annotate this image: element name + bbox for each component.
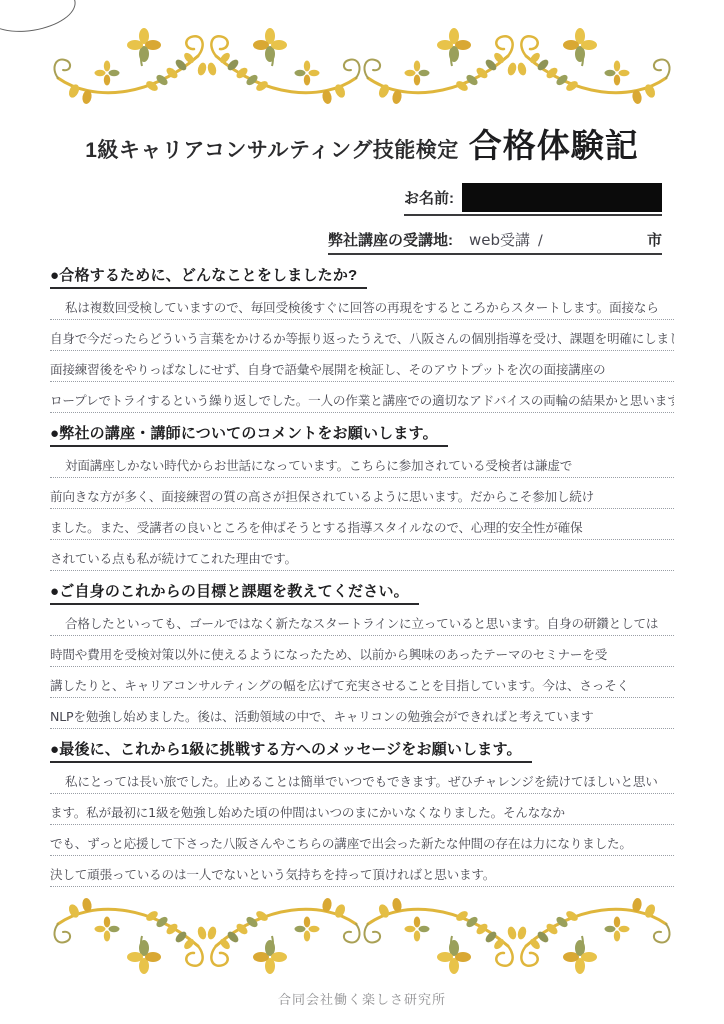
course-location-label: 弊社講座の受講地: [328, 229, 453, 250]
handwritten-text: 私にとっては長い旅でした。止めることは簡単でいつでもできます。ぜひチャレンジを続… [50, 776, 658, 793]
handwritten-text: ロープレでトライするという繰り返しでした。一人の作業と講座での適切なアドバイスの… [50, 395, 674, 412]
section-how-did-you-pass: ●合格するために、どんなことをしましたか? 私は複数回受検していますので、毎回受… [50, 264, 674, 413]
page-title: 合格体験記 [469, 120, 639, 167]
answer-line: ました。また、受講者の良いところを伸ばそうとする指導スタイルなので、心理的安全性… [50, 509, 674, 540]
answer-line: 合格したといっても、ゴールではなく新たなスタートラインに立っていると思います。自… [50, 605, 674, 636]
answer-line: NLPを勉強し始めました。後は、活動領域の中で、キャリコンの勉強会ができればと考… [50, 698, 674, 729]
handwritten-text: 私は複数回受検していますので、毎回受検後すぐに回答の再現をするところからスタート… [50, 302, 659, 319]
name-redaction-box [462, 183, 662, 212]
handwritten-text: 決して頑張っているのは一人でないという気持ちを持って頂ければと思います。 [50, 869, 495, 886]
section-course-comments: ●弊社の講座・講師についてのコメントをお願いします。 対面講座しかない時代からお… [50, 422, 674, 571]
handwritten-text: 合格したといっても、ゴールではなく新たなスタートラインに立っていると思います。自… [50, 618, 658, 635]
answer-line: 対面講座しかない時代からお世話になっています。こちらに参加されている受検者は謙虚… [50, 447, 674, 478]
course-location-field: 弊社講座の受講地: web受講 / 市 [328, 229, 662, 255]
qa-sections: ●合格するために、どんなことをしましたか? 私は複数回受検していますので、毎回受… [50, 264, 674, 887]
floral-vine-border-top-icon [52, 14, 672, 106]
name-row: お名前: [50, 183, 674, 216]
answer-line: でも、ずっと応援して下さった八阪さんやこちらの講座で出会った新たな仲間の存在は力… [50, 825, 674, 856]
city-suffix-label: 市 [647, 229, 662, 250]
scanned-testimonial-document: 1級キャリアコンサルティング技能検定 合格体験記 お名前: 弊社講座の受講地: … [0, 0, 724, 1024]
answer-line: 私にとっては長い旅でした。止めることは簡単でいつでもできます。ぜひチャレンジを続… [50, 763, 674, 794]
answer-line: されている点も私が続けてこれた理由です。 [50, 540, 674, 571]
answer-line: ます。私が最初に1級を勉強し始めた頃の仲間はいつのまにかいなくなりました。そんな… [50, 794, 674, 825]
handwritten-text: ました。また、受講者の良いところを伸ばそうとする指導スタイルなので、心理的安全性… [50, 522, 582, 539]
section-message-to-challengers: ●最後に、これから1級に挑戦する方へのメッセージをお願いします。 私にとっては長… [50, 738, 674, 887]
handwritten-text: 前向きな方が多く、面接練習の質の高さが担保されているように思います。だからこそ参… [50, 491, 594, 508]
course-location-row: 弊社講座の受講地: web受講 / 市 [50, 229, 674, 255]
section-heading: ●最後に、これから1級に挑戦する方へのメッセージをお願いします。 [50, 738, 532, 763]
handwritten-text: NLPを勉強し始めました。後は、活動領域の中で、キャリコンの勉強会ができればと考… [50, 711, 593, 728]
course-location-value-group: web受講 / 市 [463, 229, 662, 250]
handwritten-text: でも、ずっと応援して下さった八阪さんやこちらの講座で出会った新たな仲間の存在は力… [50, 838, 632, 855]
answer-line: 自身で今だったらどういう言葉をかけるか等振り返ったうえで、八阪さんの個別指導を受… [50, 320, 674, 351]
location-separator: / [538, 233, 543, 249]
section-heading: ●合格するために、どんなことをしましたか? [50, 264, 367, 289]
section-heading: ●ご自身のこれからの目標と課題を教えてください。 [50, 580, 419, 605]
answer-line: 面接練習後をやりっぱなしにせず、自身で語彙や展開を検証し、そのアウトプットを次の… [50, 351, 674, 382]
answer-line: ロープレでトライするという繰り返しでした。一人の作業と講座での適切なアドバイスの… [50, 382, 674, 413]
section-future-goals: ●ご自身のこれからの目標と課題を教えてください。 合格したといっても、ゴールでは… [50, 580, 674, 729]
handwritten-text: 自身で今だったらどういう言葉をかけるか等振り返ったうえで、八阪さんの個別指導を受… [50, 333, 674, 350]
floral-vine-border-bottom-icon [52, 896, 672, 988]
handwritten-text: ます。私が最初に1級を勉強し始めた頃の仲間はいつのまにかいなくなりました。そんな… [50, 807, 565, 824]
section-heading: ●弊社の講座・講師についてのコメントをお願いします。 [50, 422, 448, 447]
answer-line: 私は複数回受検していますので、毎回受検後すぐに回答の再現をするところからスタート… [50, 289, 674, 320]
answer-line: 時間や費用を受検対策以外に使えるようになったため、以前から興味のあったテーマのセ… [50, 636, 674, 667]
document-title: 1級キャリアコンサルティング技能検定 合格体験記 [50, 120, 674, 167]
handwritten-text: 時間や費用を受検対策以外に使えるようになったため、以前から興味のあったテーマのセ… [50, 649, 607, 666]
title-certification-name: 1級キャリアコンサルティング技能検定 [85, 134, 458, 164]
name-field: お名前: [404, 183, 662, 216]
handwritten-text: 対面講座しかない時代からお世話になっています。こちらに参加されている受検者は謙虚… [50, 460, 572, 477]
answer-line: 講したりと、キャリアコンサルティングの幅を広げて充実させることを目指しています。… [50, 667, 674, 698]
handwritten-text: 講したりと、キャリアコンサルティングの幅を広げて充実させることを目指しています。… [50, 680, 629, 697]
name-label: お名前: [404, 187, 454, 212]
footer-company-name: 合同会社働く楽しさ研究所 [50, 989, 674, 1008]
handwritten-text: 面接練習後をやりっぱなしにせず、自身で語彙や展開を検証し、そのアウトプットを次の… [50, 364, 605, 381]
answer-line: 前向きな方が多く、面接練習の質の高さが担保されているように思います。だからこそ参… [50, 478, 674, 509]
handwritten-text: されている点も私が続けてこれた理由です。 [50, 553, 297, 570]
course-location-value: web受講 [469, 229, 530, 250]
answer-line: 決して頑張っているのは一人でないという気持ちを持って頂ければと思います。 [50, 856, 674, 887]
